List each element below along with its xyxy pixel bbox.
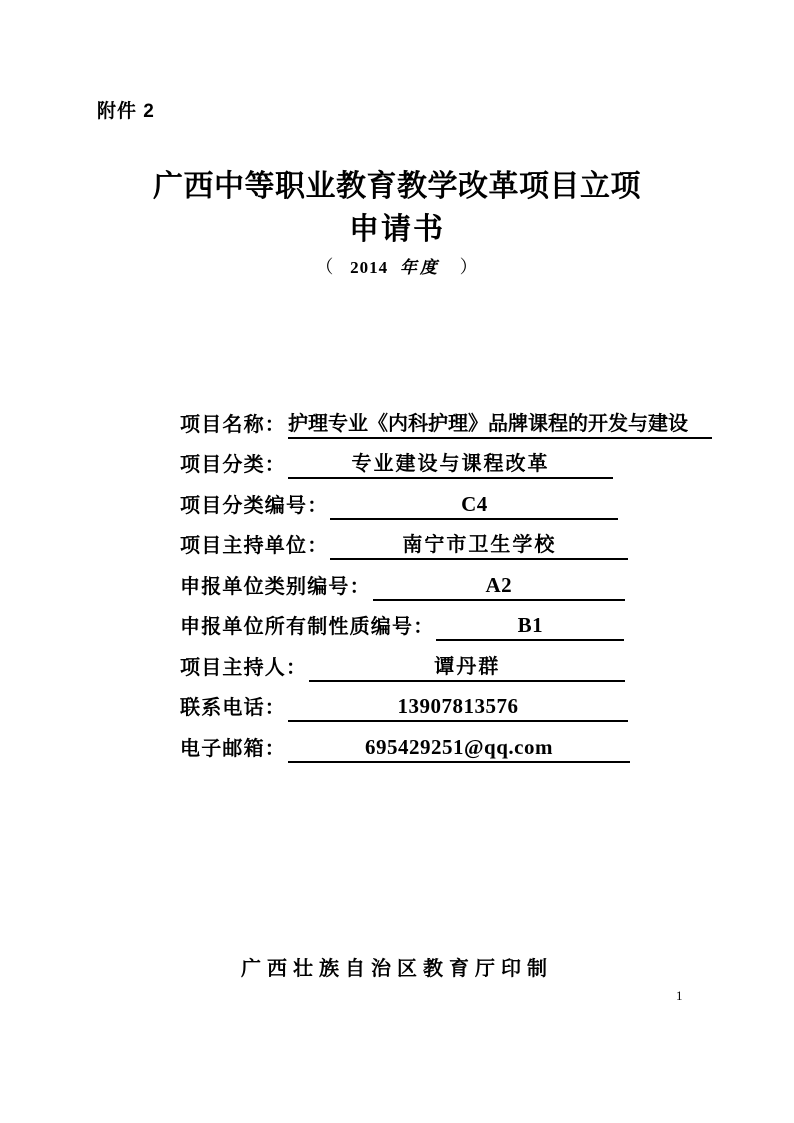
title-line-1: 广西中等职业教育教学改革项目立项 [0,166,794,208]
form-row-project-leader: 项目主持人： 谭丹群 [180,641,712,682]
field-value-underlined: A2 [373,573,625,601]
attachment-label: 附件 2 [97,96,155,123]
field-label: 申报单位所有制性质编号： [180,610,434,641]
form-row-project-name: 项目名称： 护理专业《内科护理》品牌课程的开发与建设 [180,398,712,439]
form-row-host-unit: 项目主持单位： 南宁市卫生学校 [180,520,712,561]
field-label: 项目主持单位： [180,529,328,560]
form-row-unit-type-code: 申报单位类别编号： A2 [180,560,712,601]
title-line-2: 申请书 [0,208,794,252]
document-title: 广西中等职业教育教学改革项目立项 申请书 [0,166,794,252]
field-value-underlined: 南宁市卫生学校 [330,528,628,560]
form-row-ownership-code: 申报单位所有制性质编号： B1 [180,601,712,642]
field-label: 项目主持人： [180,651,307,682]
field-value-underlined: 专业建设与课程改革 [288,447,613,479]
year-unit: 年度 [400,258,440,277]
year-open-paren: （ [315,257,334,277]
field-label: 项目分类： [180,448,286,479]
field-value-underlined: 13907813576 [288,694,628,722]
field-value-underlined: 695429251@qq.com [288,735,630,763]
field-label: 联系电话： [180,691,286,722]
year-value: 2014 [350,258,388,277]
footer-printer-line: 广西壮族自治区教育厅印制 [0,952,794,981]
form-row-category-code: 项目分类编号： C4 [180,479,712,520]
form-row-email: 电子邮箱： 695429251@qq.com [180,722,712,763]
field-value-underlined: B1 [436,613,624,641]
document-page: 附件 2 广西中等职业教育教学改革项目立项 申请书 （ 2014 年度 ） 项目… [0,0,794,1123]
year-line: （ 2014 年度 ） [0,253,794,279]
form-row-project-category: 项目分类： 专业建设与课程改革 [180,439,712,480]
application-form-fields: 项目名称： 护理专业《内科护理》品牌课程的开发与建设 项目分类： 专业建设与课程… [180,398,712,763]
field-value-underlined: 护理专业《内科护理》品牌课程的开发与建设 [288,407,712,439]
field-label: 电子邮箱： [180,732,286,763]
year-close-paren: ） [460,257,479,277]
page-number: 1 [676,988,683,1004]
field-value-underlined: C4 [330,492,618,520]
field-value-underlined: 谭丹群 [309,650,625,682]
field-label: 项目分类编号： [180,489,328,520]
field-label: 申报单位类别编号： [180,570,371,601]
form-row-contact-phone: 联系电话： 13907813576 [180,682,712,723]
field-label: 项目名称： [180,408,286,439]
